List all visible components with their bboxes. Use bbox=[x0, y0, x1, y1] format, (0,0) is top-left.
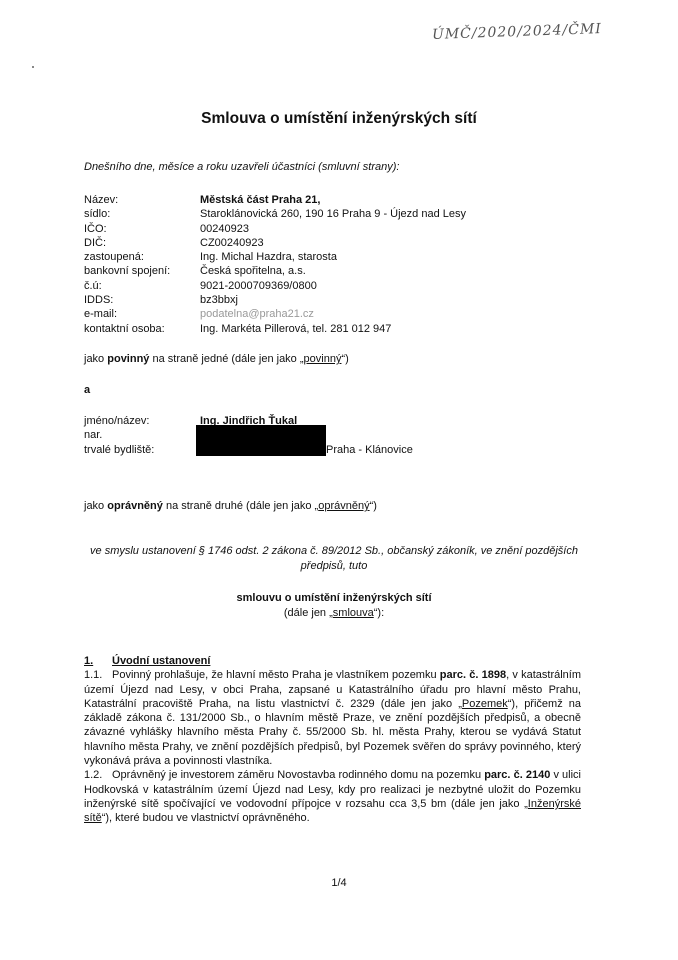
party1-role-sentence: jako povinný na straně jedné (dále jen j… bbox=[84, 353, 349, 365]
text-fragment: (dále jen „ bbox=[284, 607, 333, 619]
clause-bold-term: parc. č. 1898 bbox=[440, 669, 506, 681]
field-label: e-mail: bbox=[84, 307, 200, 321]
field-label: jméno/název: bbox=[84, 414, 200, 428]
contract-name: smlouvu o umístění inženýrských sítí (dá… bbox=[84, 591, 584, 621]
role-term-bold: oprávněný bbox=[107, 500, 163, 512]
field-value: 9021-2000709369/0800 bbox=[200, 279, 317, 293]
contract-alias: (dále jen „smlouva“): bbox=[84, 606, 584, 621]
party1-details: Název: Městská část Praha 21, sídlo: Sta… bbox=[84, 193, 466, 336]
clause-1-1: 1.1.Povinný prohlašuje, že hlavní město … bbox=[84, 668, 581, 768]
party1-row-dic: DIČ: CZ00240923 bbox=[84, 236, 466, 250]
text-fragment: “) bbox=[341, 353, 348, 365]
field-label: kontaktní osoba: bbox=[84, 322, 200, 336]
legal-basis: ve smyslu ustanovení § 1746 odst. 2 záko… bbox=[84, 544, 584, 574]
clause-number: 1.1. bbox=[84, 668, 112, 682]
conjunction: a bbox=[84, 384, 90, 396]
field-label: č.ú: bbox=[84, 279, 200, 293]
intro-sentence: Dnešního dne, měsíce a roku uzavřeli úča… bbox=[84, 161, 399, 173]
field-value: bz3bbxj bbox=[200, 293, 238, 307]
field-value: Ing. Markéta Pillerová, tel. 281 012 947 bbox=[200, 322, 391, 336]
field-value: Staroklánovická 260, 190 16 Praha 9 - Új… bbox=[200, 207, 466, 221]
section-number: 1. bbox=[84, 654, 112, 668]
party2-role-sentence: jako oprávněný na straně druhé (dále jen… bbox=[84, 500, 377, 512]
clause-text: “), které budou ve vlastnictví oprávněné… bbox=[102, 812, 310, 824]
field-value: Praha - Klánovice bbox=[326, 443, 413, 457]
role-alias: povinný bbox=[304, 353, 342, 365]
document-page: ÚMČ/2020/2024/ČMI Smlouva o umístění inž… bbox=[0, 0, 678, 960]
party1-row-seat: sídlo: Staroklánovická 260, 190 16 Praha… bbox=[84, 207, 466, 221]
handwritten-reference-number: ÚMČ/2020/2024/ČMI bbox=[432, 21, 602, 43]
field-label: Název: bbox=[84, 193, 200, 207]
party1-row-bank: bankovní spojení: Česká spořitelna, a.s. bbox=[84, 264, 466, 278]
field-value: Ing. Michal Hazdra, starosta bbox=[200, 250, 337, 264]
clause-number: 1.2. bbox=[84, 768, 112, 782]
party1-row-account: č.ú: 9021-2000709369/0800 bbox=[84, 279, 466, 293]
clause-text: Povinný prohlašuje, že hlavní město Prah… bbox=[112, 669, 440, 681]
field-label: DIČ: bbox=[84, 236, 200, 250]
legal-basis-line: ve smyslu ustanovení § 1746 odst. 2 záko… bbox=[84, 544, 584, 559]
section-heading: 1. Úvodní ustanovení bbox=[84, 654, 581, 668]
text-fragment: “) bbox=[370, 500, 377, 512]
party1-row-ico: IČO: 00240923 bbox=[84, 222, 466, 236]
scan-speck bbox=[32, 66, 34, 68]
text-fragment: jako bbox=[84, 353, 107, 365]
role-alias: oprávněný bbox=[318, 500, 369, 512]
field-value: CZ00240923 bbox=[200, 236, 264, 250]
field-label: IČO: bbox=[84, 222, 200, 236]
field-value: 00240923 bbox=[200, 222, 249, 236]
field-label: IDDS: bbox=[84, 293, 200, 307]
contract-alias-term: smlouva bbox=[333, 607, 374, 619]
email-link[interactable]: podatelna@praha21.cz bbox=[200, 307, 314, 321]
field-label: trvalé bydliště: bbox=[84, 443, 200, 457]
clause-1-2: 1.2.Oprávněný je investorem záměru Novos… bbox=[84, 768, 581, 825]
text-fragment: na straně druhé (dále jen jako „ bbox=[163, 500, 318, 512]
text-fragment: jako bbox=[84, 500, 107, 512]
clause-bold-term: parc. č. 2140 bbox=[484, 769, 550, 781]
party1-row-name: Název: Městská část Praha 21, bbox=[84, 193, 466, 207]
field-label: sídlo: bbox=[84, 207, 200, 221]
text-fragment: na straně jedné (dále jen jako „ bbox=[149, 353, 303, 365]
field-label: nar. bbox=[84, 428, 200, 442]
contract-name-title: smlouvu o umístění inženýrských sítí bbox=[84, 591, 584, 606]
field-label: bankovní spojení: bbox=[84, 264, 200, 278]
field-label: zastoupená: bbox=[84, 250, 200, 264]
party1-row-email: e-mail: podatelna@praha21.cz bbox=[84, 307, 466, 321]
section-title: Úvodní ustanovení bbox=[112, 654, 210, 668]
clause-defined-term: Pozemek bbox=[462, 698, 508, 710]
section-1: 1. Úvodní ustanovení 1.1.Povinný prohlaš… bbox=[84, 654, 581, 826]
party1-row-idds: IDDS: bz3bbxj bbox=[84, 293, 466, 307]
page-number: 1/4 bbox=[0, 877, 678, 889]
field-value: Městská část Praha 21, bbox=[200, 193, 320, 207]
party1-row-represented: zastoupená: Ing. Michal Hazdra, starosta bbox=[84, 250, 466, 264]
party1-row-contact: kontaktní osoba: Ing. Markéta Pillerová,… bbox=[84, 322, 466, 336]
text-fragment: “): bbox=[374, 607, 384, 619]
redaction-block bbox=[196, 425, 326, 456]
clause-text: Oprávněný je investorem záměru Novostavb… bbox=[112, 769, 484, 781]
document-title: Smlouva o umístění inženýrských sítí bbox=[0, 110, 678, 128]
role-term-bold: povinný bbox=[107, 353, 149, 365]
legal-basis-line: předpisů, tuto bbox=[84, 559, 584, 574]
field-value: Česká spořitelna, a.s. bbox=[200, 264, 306, 278]
